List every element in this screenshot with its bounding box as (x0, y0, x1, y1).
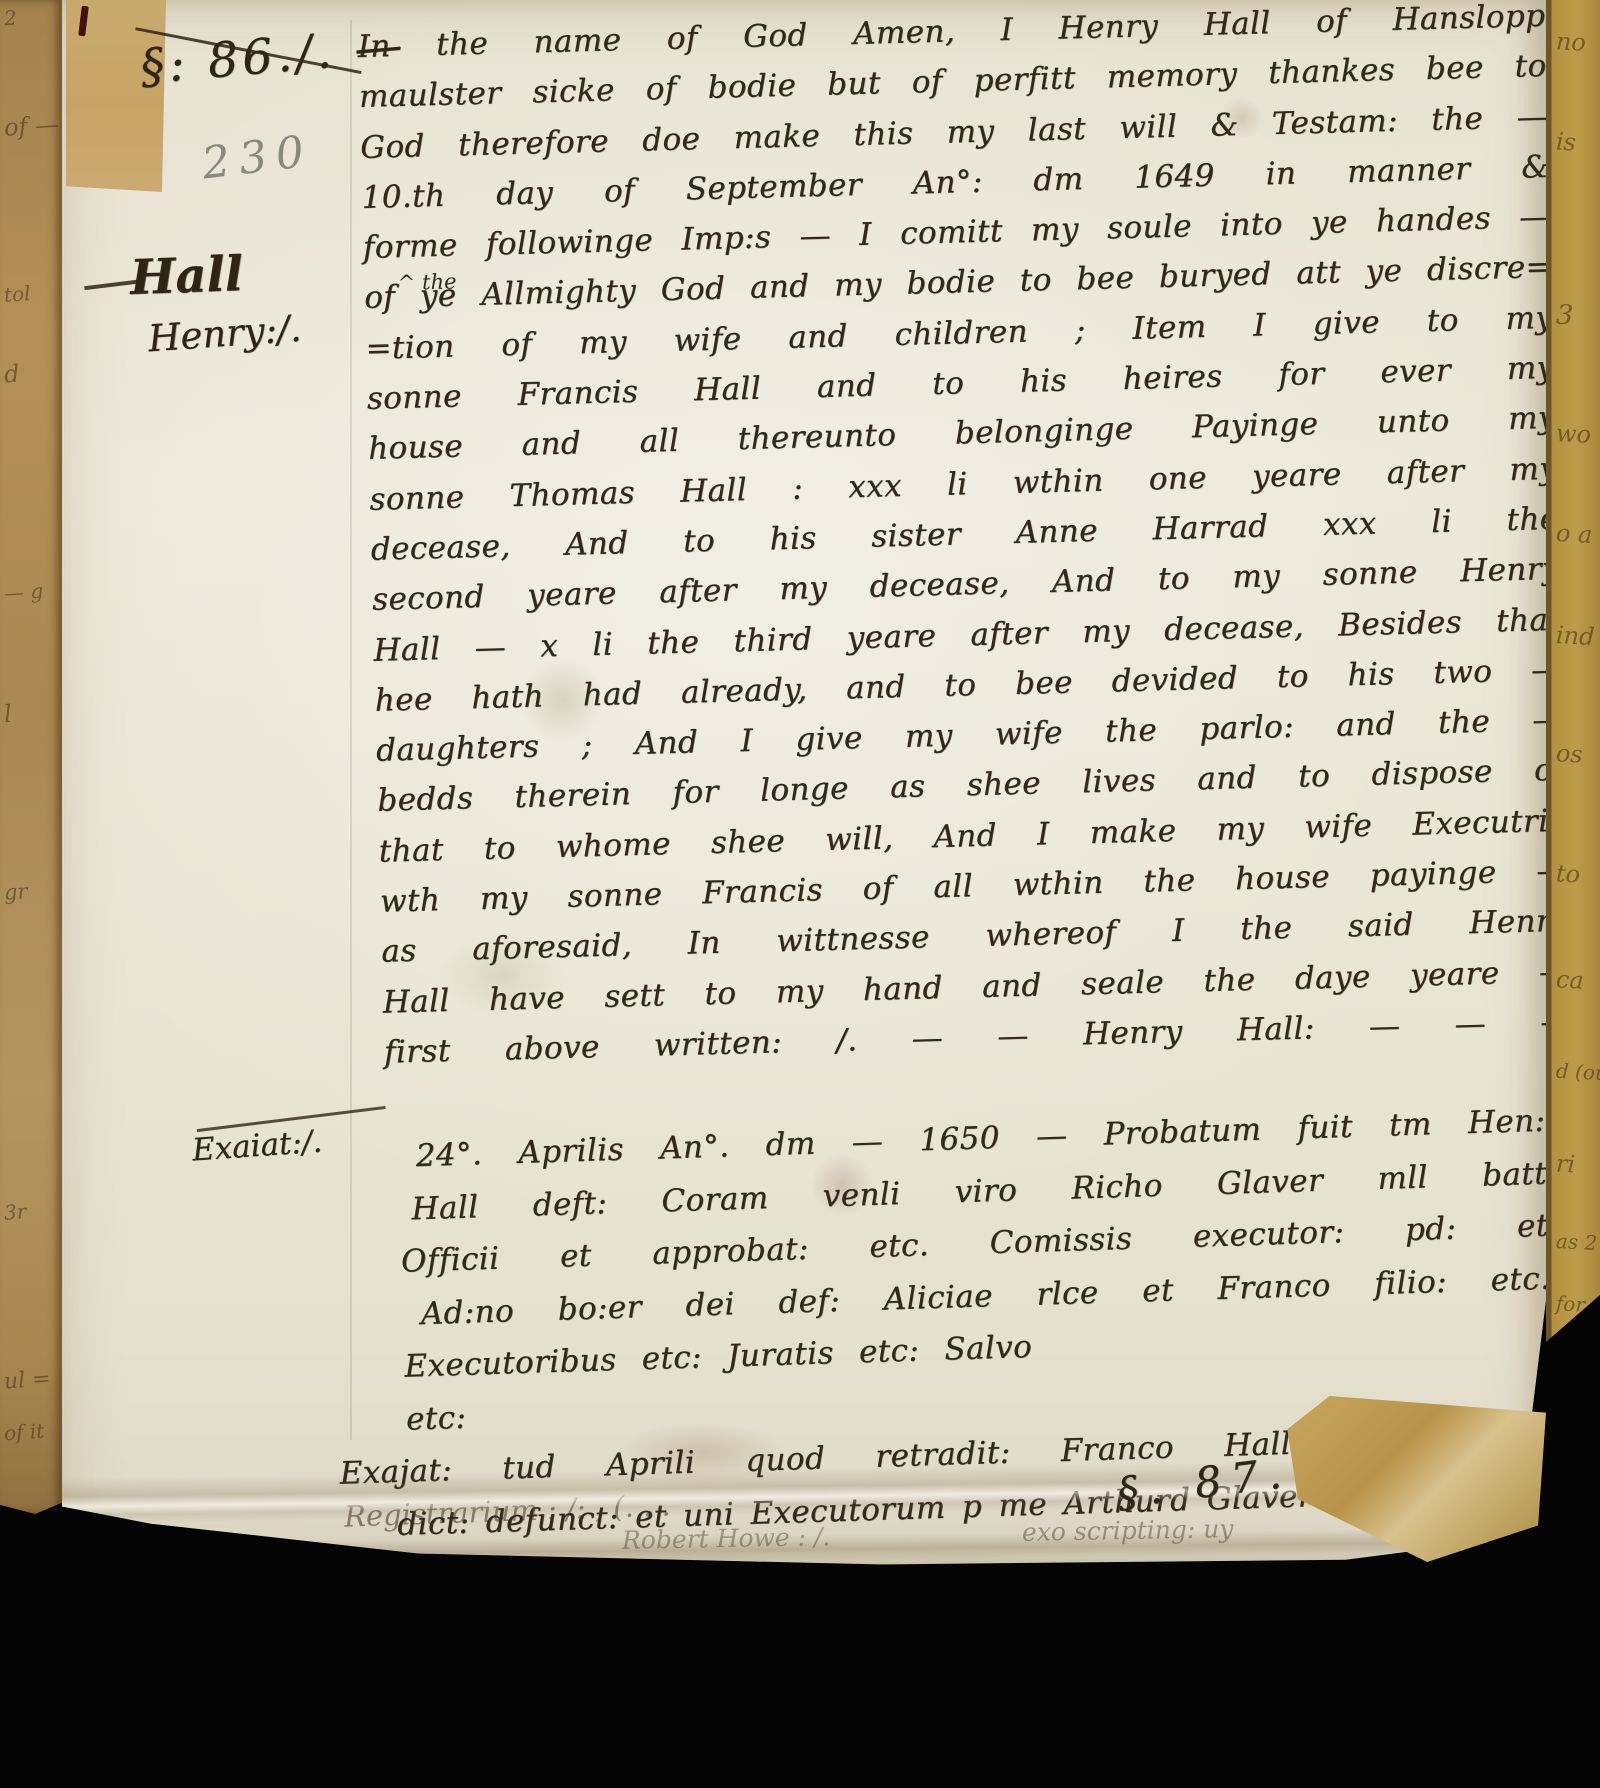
right-edge-text-fragment: ca (1555, 965, 1584, 994)
right-edge-text-fragment: os (1555, 739, 1583, 768)
interlinear-insertion: the (398, 269, 457, 295)
right-edge-text-fragment: wo (1555, 419, 1591, 449)
left-edge-text-fragment: 3r (3, 1199, 27, 1224)
right-edge-text-fragment: no (1555, 27, 1586, 57)
will-text-block: the In the name of God Amen, I Henry Hal… (357, 0, 1572, 1078)
left-edge-text-fragment: ul = (3, 1366, 51, 1394)
left-edge-text-fragment: of it (3, 1419, 45, 1446)
right-edge-text-fragment: ind (1555, 621, 1595, 651)
manuscript-photo: 2of —told— glgr3rul =of it §: 86./. — 23… (0, 0, 1600, 1788)
right-edge-text-fragment: for (1555, 1291, 1585, 1316)
right-edge-text-fragment: o a (1555, 519, 1593, 549)
left-edge-text-fragment: tol (3, 281, 31, 307)
right-edge-text-fragment: d (ou (1555, 1059, 1600, 1086)
margin-surname: Hall (129, 246, 244, 306)
faint-bottom-fragment: Robert Howe : /. (622, 1522, 831, 1555)
pencil-folio-230: 230 (199, 125, 315, 189)
right-edge-text-fragment: 3 (1555, 300, 1574, 332)
faint-bottom-fragment: exo scripting: uy (1022, 1514, 1234, 1547)
margin-rule-line (350, 20, 352, 1440)
left-edge-text-fragment: d (3, 359, 20, 388)
left-edge-text-fragment: of — (3, 110, 60, 142)
margin-forename: Henry:/. (147, 307, 303, 361)
left-edge-text-fragment: l (3, 700, 13, 728)
probate-line: Executoribus etc: Juratis etc: Salvo etc… (404, 1321, 1035, 1446)
left-edge-text-fragment: gr (3, 879, 28, 905)
adjacent-page-edge-left: 2of —told— glgr3rul =of it (0, 0, 64, 1514)
right-edge-text-fragment: ri (1555, 1150, 1576, 1179)
right-edge-text-fragment: as 2 (1555, 1229, 1597, 1255)
margin-probate-note: Exaiat:/. (191, 1124, 323, 1169)
left-edge-text-fragment: 2 (3, 6, 17, 31)
will-page: §: 86./. — 230 Hall Henry:/. Exaiat:/. t… (62, 0, 1546, 1566)
right-edge-text-fragment: is (1555, 127, 1576, 156)
left-edge-text-fragment: — g (3, 579, 44, 606)
right-edge-text-fragment: to (1555, 859, 1581, 888)
adjacent-page-edge-right: nois3woo aindostocad (ourias 2for (1546, 0, 1600, 1342)
